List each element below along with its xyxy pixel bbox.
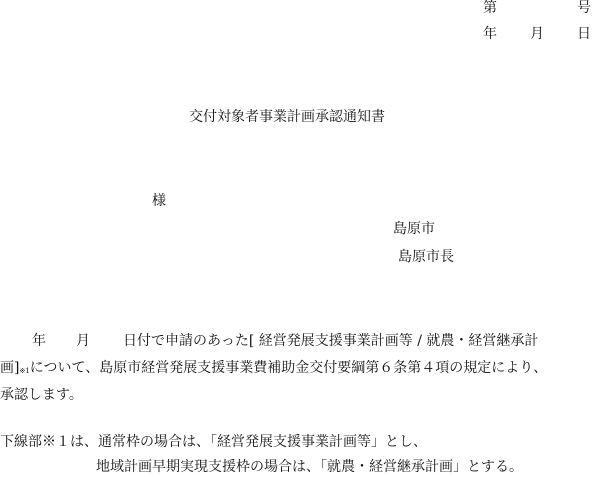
note-marker: ※1 <box>19 367 29 375</box>
number-prefix: 第 <box>483 0 497 16</box>
footnote-line-1: 下線部※１は、通常枠の場合は、「経営発展支援事業計画等」とし、 <box>0 434 427 450</box>
footnote-line-2: 地域計画早期実現支援枠の場合は、「就農・経営継承計画」とする。 <box>96 459 523 475</box>
document-title: 交付対象者事業計画承認通知書 <box>189 109 385 125</box>
body-line-2-start: 画] <box>0 360 19 376</box>
recipient-honorific: 様 <box>152 193 166 209</box>
issuer-name: 島原市長 <box>398 249 454 265</box>
date-month: 月 <box>530 26 544 42</box>
body-line-2-text: について、島原市経営発展支援事業費補助金交付要綱第６条第４項の規定により、 <box>30 360 547 376</box>
body-year: 年 <box>32 333 46 349</box>
body-line-3: 承認します。 <box>0 387 83 403</box>
date-year: 年 <box>483 26 497 42</box>
body-line-1: 日付で申請のあった[ 経営発展支援事業計画等 / 就農・経営継承計 <box>123 333 538 349</box>
date-day: 日 <box>577 26 591 42</box>
issuer-organization: 島原市 <box>393 221 435 237</box>
body-line-2: 画]※1について、島原市経営発展支援事業費補助金交付要綱第６条第４項の規定により… <box>0 360 547 379</box>
number-suffix: 号 <box>577 0 591 16</box>
body-month: 月 <box>76 333 90 349</box>
